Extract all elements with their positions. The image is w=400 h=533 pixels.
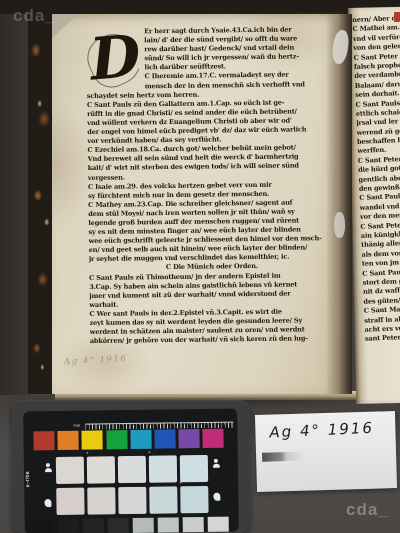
- color-patch: [83, 518, 104, 533]
- color-patch: [33, 431, 54, 450]
- person-icon: [212, 459, 220, 468]
- paper-repair-patch: [334, 212, 345, 238]
- color-patch: [158, 517, 179, 532]
- xrite-logo: x-rite: [25, 455, 36, 503]
- color-patch: [108, 518, 129, 533]
- color-patch: [208, 517, 229, 532]
- neutral-row-1: [56, 455, 208, 484]
- cda-watermark: cda_: [346, 500, 389, 520]
- color-patch: [149, 455, 177, 482]
- color-patch: [87, 487, 115, 514]
- hand-icon: [44, 499, 51, 507]
- color-patch: [33, 519, 54, 533]
- person-icon: [44, 463, 52, 472]
- registration-plus-icon: +: [86, 452, 89, 457]
- woodcut-initial: D: [84, 25, 147, 93]
- color-patch: [56, 457, 84, 484]
- neutral-row-2: [56, 486, 208, 515]
- color-patch: [183, 517, 204, 532]
- color-patch: [56, 488, 84, 515]
- color-patch: [180, 486, 208, 513]
- hand-icon: [213, 493, 220, 501]
- color-patch: [58, 431, 79, 450]
- ruler-unit-label: mm: [73, 423, 80, 428]
- left-page-text-block: D Er herr sagt durch Ysaie.43.Ca.ich bin…: [86, 25, 336, 350]
- red-edge-mark: [394, 12, 400, 22]
- label-grayscale-strip: [262, 452, 306, 462]
- color-patch: [118, 487, 146, 514]
- color-patch: [180, 455, 208, 482]
- color-patch: [130, 430, 151, 449]
- color-patch: [82, 430, 103, 449]
- text-line: abkörren/ jr gehöre von der warhait/ vñ …: [90, 334, 336, 346]
- cda-watermark: cda_: [13, 6, 56, 26]
- shelfmark-label: Ag 4° 1916: [255, 411, 397, 492]
- color-patch: [179, 429, 200, 448]
- color-patch: [133, 518, 154, 533]
- color-patch: [203, 429, 224, 448]
- grayscale-row: [33, 517, 229, 533]
- color-patch: [58, 519, 79, 533]
- marbled-endpaper: [28, 12, 54, 394]
- registration-plus-icon: +: [148, 451, 151, 456]
- color-patch: [154, 429, 175, 448]
- colorchecker-target: mm x-rite + + +: [23, 409, 239, 533]
- color-patch: [106, 430, 127, 449]
- color-patch: [87, 456, 115, 483]
- registration-plus-icon: +: [179, 481, 182, 486]
- primary-color-row: [33, 429, 224, 451]
- background-left: [0, 0, 30, 406]
- shelfmark-label-text: Ag 4° 1916: [269, 419, 374, 442]
- archive-photo-canvas: D Er herr sagt durch Ysaie.43.Ca.ich bin…: [0, 0, 400, 533]
- color-patch: [118, 456, 146, 483]
- text-line: sant Peter gallater: [365, 333, 400, 344]
- color-patch: [149, 486, 177, 513]
